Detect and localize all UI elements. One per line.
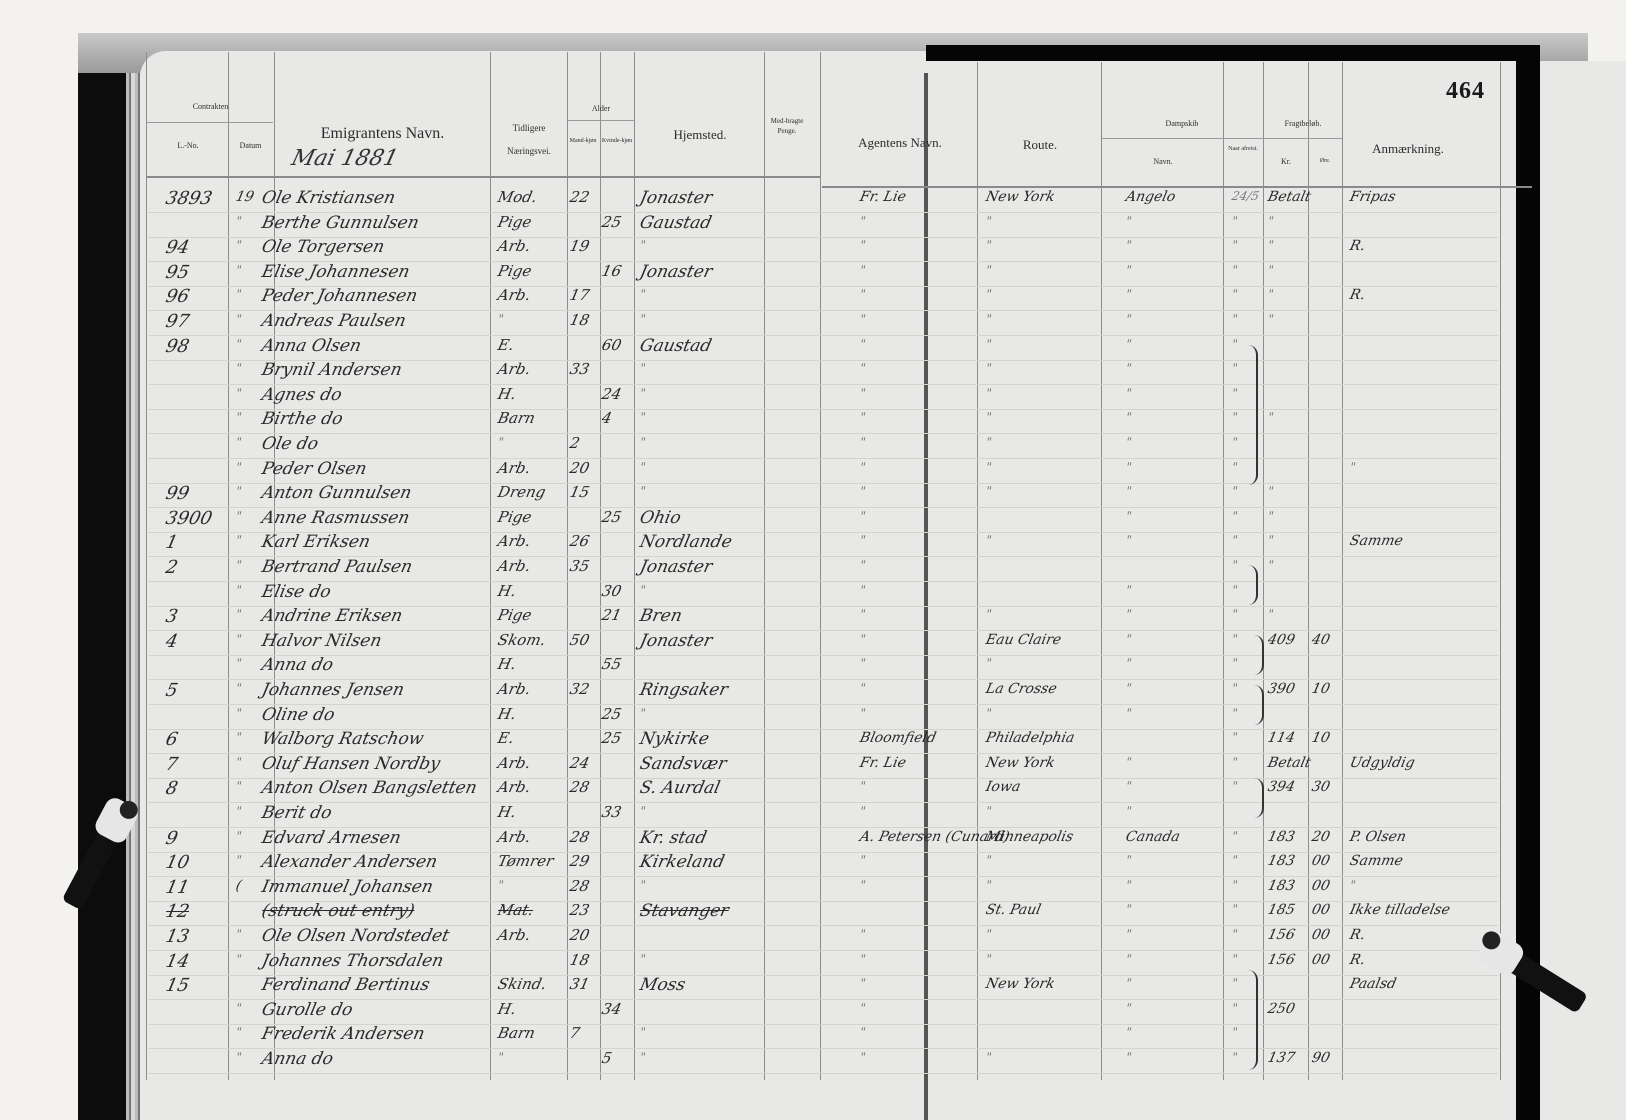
entry-route: Eau Claire (985, 633, 1063, 647)
entry-occ: Arb. (496, 559, 532, 574)
entry-male: 23 (568, 903, 590, 918)
row-baseline (148, 384, 1498, 385)
entry-occ: Arb. (496, 362, 532, 377)
row-baseline (148, 581, 1498, 582)
entry-kr: 156 (1267, 928, 1297, 942)
entry-home: Ringsaker (638, 682, 729, 699)
entry-name: Ferdinand Bertinus (260, 977, 431, 994)
entry-ore: 90 (1311, 1051, 1332, 1065)
header-route: Route. (978, 138, 1102, 152)
month-note: Mai 1881 (289, 146, 401, 171)
header-age-group: Alder (568, 105, 634, 114)
entry-home: Ohio (638, 510, 682, 527)
entry-kr: 183 (1267, 830, 1297, 844)
entry-occ: H. (496, 707, 517, 722)
entry-kr: 250 (1267, 1002, 1297, 1016)
entry-no: 3900 (164, 510, 214, 528)
entry-male: 20 (568, 928, 590, 943)
entry-occ: Arb. (496, 239, 532, 254)
entry-home: Sandsvær (638, 756, 728, 773)
entry-female: 25 (600, 731, 622, 746)
entry-name: Peder Olsen (260, 461, 368, 478)
header-contract-no: L.-No. (148, 142, 228, 151)
header-steamship-departure: Naar afreist. (1224, 146, 1262, 153)
entry-home: Stavanger (638, 903, 730, 920)
row-baseline (148, 433, 1498, 434)
header-rule (822, 186, 1532, 188)
entry-name: Immanuel Johansen (260, 879, 434, 896)
entry-no: 12 (164, 903, 191, 921)
column-rule (1342, 62, 1343, 1080)
entry-ore: 00 (1311, 903, 1332, 917)
entry-home: Kirkeland (638, 854, 726, 871)
entry-male: 35 (568, 559, 590, 574)
entry-ore: 00 (1311, 953, 1332, 967)
entry-name: Anna do (260, 1051, 334, 1068)
entry-ship: Canada (1125, 830, 1182, 844)
header-contract-date: Datum (228, 142, 273, 151)
entry-occ: Barn (496, 411, 536, 426)
column-rule (1223, 62, 1224, 1080)
entry-male: 33 (568, 362, 590, 377)
entry-female: 25 (600, 215, 622, 230)
entry-name: Alexander Andersen (260, 854, 439, 871)
entry-route: Philadelphia (985, 731, 1076, 745)
entry-female: 55 (600, 657, 622, 672)
entry-name: Peder Johannesen (260, 288, 419, 305)
entry-no: 97 (164, 313, 191, 331)
entry-female: 60 (600, 338, 622, 353)
entry-remark: Fripas (1349, 190, 1397, 204)
entry-occ: Tømrer (496, 854, 555, 869)
entry-name: Oline do (260, 707, 336, 724)
entry-male: 26 (568, 534, 590, 549)
entry-female: 30 (600, 584, 622, 599)
entry-male: 19 (568, 239, 590, 254)
family-brace (1248, 345, 1258, 485)
entry-male: 28 (568, 830, 590, 845)
column-rule (1500, 62, 1501, 1080)
entry-occ: Skom. (496, 633, 547, 648)
entry-ore: 00 (1311, 928, 1332, 942)
entry-no: 95 (164, 264, 191, 282)
entry-occ: Dreng (496, 485, 547, 500)
entry-occ: Arb. (496, 682, 532, 697)
entry-name: Johannes Thorsdalen (260, 953, 445, 970)
entry-ore: 00 (1311, 854, 1332, 868)
entry-male: 17 (568, 288, 590, 303)
entry-no: 15 (164, 977, 191, 995)
entry-name: Brynil Andersen (260, 362, 403, 379)
entry-home: Jonaster (638, 264, 714, 281)
entry-male: 31 (568, 977, 590, 992)
entry-male: 18 (568, 953, 590, 968)
entry-remark: Samme (1349, 854, 1405, 868)
entry-male: 24 (568, 756, 590, 771)
entry-occ: Arb. (496, 288, 532, 303)
entry-kr: 394 (1267, 780, 1297, 794)
entry-dep: 24/5 (1231, 190, 1261, 202)
header-fare-ore: Øre. (1308, 158, 1342, 165)
entry-ore: 10 (1311, 731, 1332, 745)
entry-no: 98 (164, 338, 191, 356)
header-rule (146, 176, 820, 178)
entry-occ: Arb. (496, 830, 532, 845)
row-baseline (148, 655, 1498, 656)
entry-name: Frederik Andersen (260, 1026, 426, 1043)
entry-name: Anton Gunnulsen (260, 485, 413, 502)
entry-agent: Fr. Lie (859, 190, 908, 204)
entry-name: Halvor Nilsen (260, 633, 383, 650)
entry-route: New York (985, 977, 1057, 991)
entry-occ: Skind. (496, 977, 547, 992)
entry-male: 28 (568, 780, 590, 795)
entry-name: Johannes Jensen (260, 682, 405, 699)
entry-occ: H. (496, 1002, 517, 1017)
entry-male: 20 (568, 461, 590, 476)
entry-date: 19 (235, 190, 256, 204)
entry-occ: Pige (496, 215, 533, 230)
family-brace (1254, 635, 1264, 675)
entry-no: 3893 (164, 190, 214, 208)
entry-female: 24 (600, 387, 622, 402)
entry-no: 11 (164, 879, 191, 897)
column-rule (977, 62, 978, 1080)
entry-male: 32 (568, 682, 590, 697)
entry-female: 33 (600, 805, 622, 820)
entry-occ: Pige (496, 510, 533, 525)
book-gutter (924, 73, 928, 1120)
entry-female: 16 (600, 264, 622, 279)
header-money-brought: Med-bragte Penge. (766, 117, 808, 137)
entry-kr: 185 (1267, 903, 1297, 917)
entry-remark: R. (1349, 239, 1367, 253)
entry-occ: Pige (496, 264, 533, 279)
entry-name: Anna Olsen (260, 338, 362, 355)
entry-occ: Arb. (496, 534, 532, 549)
entry-occ: Arb. (496, 756, 532, 771)
header-steamship-name: Navn. (1102, 158, 1224, 167)
entry-name: Agnes do (260, 387, 343, 404)
entry-kr: 156 (1267, 953, 1297, 967)
entry-name: Elise do (260, 584, 332, 601)
entry-home: Bren (638, 608, 683, 625)
entry-home: Jonaster (638, 633, 714, 650)
entry-occ: E. (496, 731, 515, 746)
header-rule (567, 120, 634, 121)
entry-male: 15 (568, 485, 590, 500)
entry-ore: 10 (1311, 682, 1332, 696)
entry-remark: R. (1349, 953, 1367, 967)
entry-home: S. Aurdal (638, 780, 721, 797)
entry-no: 10 (164, 854, 191, 872)
entry-occ: H. (496, 584, 517, 599)
entry-kr: 409 (1267, 633, 1297, 647)
entry-occ: H. (496, 657, 517, 672)
family-brace (1254, 685, 1264, 725)
family-brace (1248, 970, 1258, 1070)
entry-ore: 40 (1311, 633, 1332, 647)
entry-no: 13 (164, 928, 191, 946)
entry-no: 96 (164, 288, 191, 306)
header-remarks: Anmærkning. (1344, 142, 1472, 156)
header-rule (146, 122, 273, 123)
entry-kr: 390 (1267, 682, 1297, 696)
family-brace (1248, 565, 1258, 605)
entry-ore: 00 (1311, 879, 1332, 893)
header-home-place: Hjemsted. (636, 128, 764, 142)
column-rule (1101, 62, 1102, 1080)
entry-occ: Mat. (496, 903, 534, 918)
entry-remark: Udgyldig (1349, 756, 1416, 770)
row-baseline (148, 1073, 1498, 1074)
entry-kr: Betalt (1267, 190, 1313, 204)
entry-male: 22 (568, 190, 590, 205)
header-rule (1102, 138, 1342, 139)
entry-name: Ole do (260, 436, 320, 453)
entry-name: Ole Kristiansen (260, 190, 397, 207)
entry-occ: Arb. (496, 928, 532, 943)
entry-remark: Ikke tilladelse (1349, 903, 1452, 917)
column-rule (1308, 62, 1309, 1080)
entry-name: Andreas Paulsen (260, 313, 407, 330)
entry-name: Bertrand Paulsen (260, 559, 414, 576)
entry-route: New York (985, 756, 1057, 770)
row-baseline (148, 704, 1498, 705)
entry-name: Walborg Ratschow (260, 731, 425, 748)
entry-home: Jonaster (638, 190, 714, 207)
entry-kr: Betalt (1267, 756, 1313, 770)
entry-name: Elise Johannesen (260, 264, 411, 281)
entry-name: Ole Torgersen (260, 239, 386, 256)
header-age-male: Mand-kjøn (568, 138, 598, 145)
page-number: 464 (1446, 78, 1485, 105)
entry-name: Anton Olsen Bangsletten (260, 780, 478, 797)
entry-remark: Paalsd (1349, 977, 1398, 991)
entry-name: Karl Eriksen (260, 534, 371, 551)
entry-occ: Barn (496, 1026, 536, 1041)
entry-kr: 183 (1267, 879, 1297, 893)
entry-home: Nykirke (638, 731, 710, 748)
entry-route: La Crosse (985, 682, 1059, 696)
entry-remark: P. Olsen (1349, 830, 1408, 844)
entry-name: Edvard Arnesen (260, 830, 402, 847)
header-fare-kr: Kr. (1264, 158, 1308, 167)
entry-agent: Bloomfield (859, 731, 938, 745)
entry-no: 14 (164, 953, 191, 971)
entry-male: 18 (568, 313, 590, 328)
entry-name: Berit do (260, 805, 333, 822)
header-emigrant-name: Emigrantens Navn. (275, 125, 490, 143)
entry-name: Anne Rasmussen (260, 510, 411, 527)
entry-route: Minneapolis (985, 830, 1075, 844)
entry-name: Andrine Eriksen (260, 608, 404, 625)
entry-route: St. Paul (985, 903, 1043, 917)
entry-ship: Angelo (1125, 190, 1177, 204)
entry-home: Kr. stad (638, 830, 708, 847)
entry-name: Gurolle do (260, 1002, 354, 1019)
entry-name: Birthe do (260, 411, 344, 428)
column-rule (1263, 62, 1264, 1080)
entry-ore: 20 (1311, 830, 1332, 844)
entry-ore: 30 (1311, 780, 1332, 794)
entry-occ: E. (496, 338, 515, 353)
entry-female: 34 (600, 1002, 622, 1017)
entry-remark: Samme (1349, 534, 1405, 548)
header-steamship-group: Dampskib (1102, 120, 1262, 129)
entry-kr: 183 (1267, 854, 1297, 868)
entry-remark: R. (1349, 928, 1367, 942)
family-brace (1254, 778, 1264, 818)
entry-home: Jonaster (638, 559, 714, 576)
row-baseline (148, 409, 1498, 410)
entry-female: 21 (600, 608, 622, 623)
entry-home: Gaustad (638, 215, 713, 232)
entry-agent: Fr. Lie (859, 756, 908, 770)
entry-name: Anna do (260, 657, 334, 674)
header-previous-occupation: Tidligere Næringsvei. (492, 117, 566, 164)
entry-male: 28 (568, 879, 590, 894)
row-baseline (148, 802, 1498, 803)
entry-name: (struck out entry) (260, 903, 416, 920)
header-contract-group: Contrakten (148, 103, 273, 112)
entry-no: 94 (164, 239, 191, 257)
header-fare-group: Fragtbeløb. (1264, 120, 1342, 129)
entry-occ: Mod. (496, 190, 538, 205)
header-agent-name: Agentens Navn. (822, 136, 978, 150)
entry-route: Iowa (985, 780, 1022, 794)
entry-name: Berthe Gunnulsen (260, 215, 420, 232)
entry-male: 29 (568, 854, 590, 869)
entry-occ: Arb. (496, 461, 532, 476)
entry-occ: Arb. (496, 780, 532, 795)
entry-occ: Pige (496, 608, 533, 623)
entry-female: 25 (600, 510, 622, 525)
header-age-female: Kvinde-kjøn (600, 138, 634, 145)
entry-home: Gaustad (638, 338, 713, 355)
entry-name: Ole Olsen Nordstedet (260, 928, 450, 945)
entry-no: 99 (164, 485, 191, 503)
entry-male: 50 (568, 633, 590, 648)
entry-occ: H. (496, 387, 517, 402)
entry-name: Oluf Hansen Nordby (260, 756, 441, 773)
entry-home: Nordlande (638, 534, 733, 551)
entry-female: 25 (600, 707, 622, 722)
entry-remark: R. (1349, 288, 1367, 302)
entry-occ: H. (496, 805, 517, 820)
entry-home: Moss (638, 977, 687, 994)
column-rule (146, 52, 147, 1080)
entry-kr: 114 (1267, 731, 1297, 745)
entry-kr: 137 (1267, 1051, 1297, 1065)
entry-route: New York (985, 190, 1057, 204)
